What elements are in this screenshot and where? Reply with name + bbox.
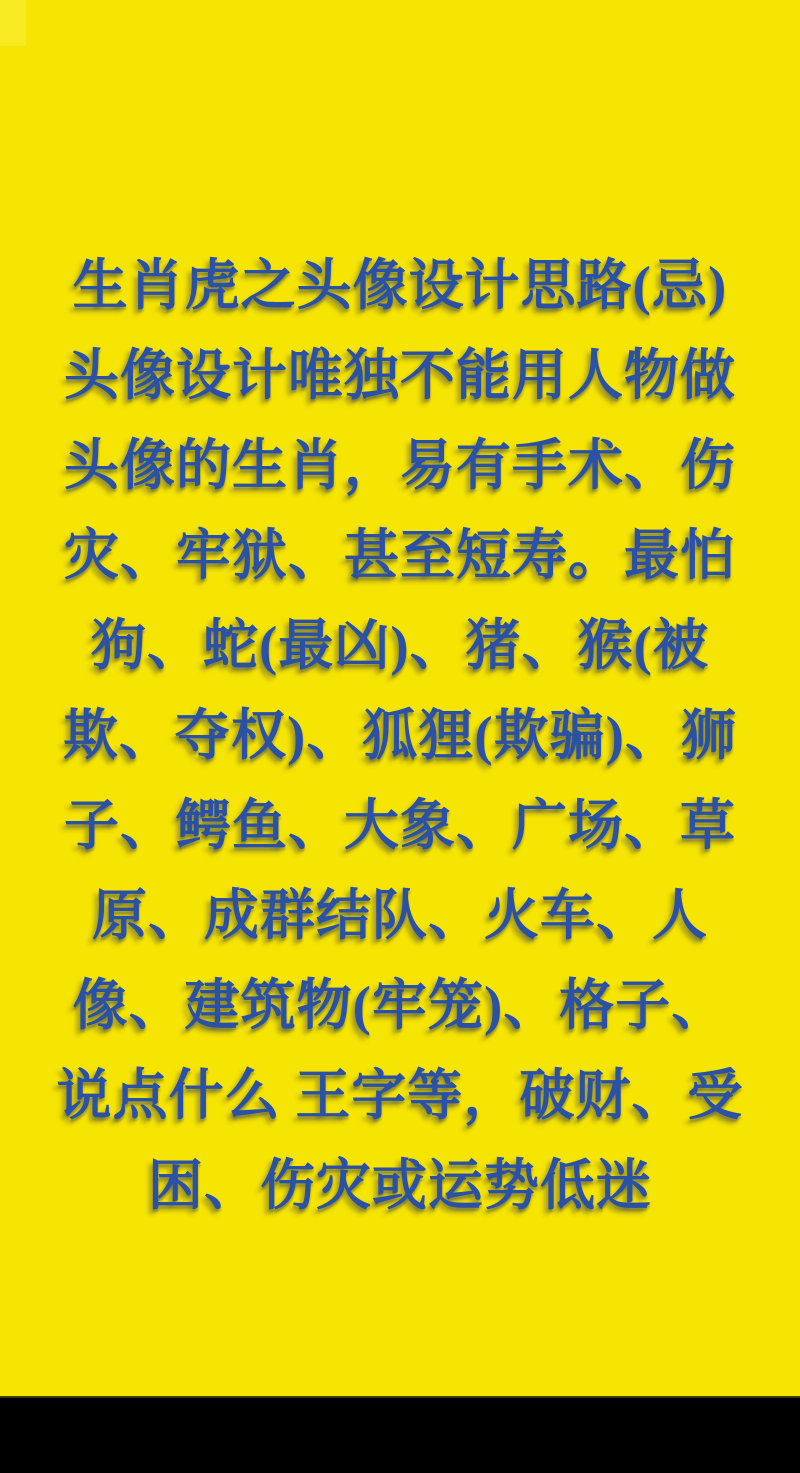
poster-text-line-9: 像、建筑物(牢笼)、格子、 [30,961,770,1051]
poster-text-line-4: 灾、牢狱、甚至短寿。最怕 [30,511,770,601]
poster-text-line-3: 头像的生肖，易有手术、伤 [30,421,770,511]
poster-text-line-10: 说点什么 王字等，破财、受 [30,1051,770,1141]
bottom-letterbox-bar [0,1396,800,1473]
poster-text-line-11: 困、伤灾或运势低迷 [30,1141,770,1231]
poster-text-line-8: 原、成群结队、火车、人 [30,871,770,961]
poster-text-line-5: 狗、蛇(最凶)、猪、猴(被 [30,601,770,691]
corner-light-artifact [0,0,26,46]
poster-canvas: 生肖虎之头像设计思路(忌) 头像设计唯独不能用人物做 头像的生肖，易有手术、伤 … [0,0,800,1473]
poster-text-block: 生肖虎之头像设计思路(忌) 头像设计唯独不能用人物做 头像的生肖，易有手术、伤 … [30,241,770,1231]
poster-text-line-6: 欺、夺权)、狐狸(欺骗)、狮 [30,691,770,781]
poster-text-line-7: 子、鳄鱼、大象、广场、草 [30,781,770,871]
poster-title-line: 生肖虎之头像设计思路(忌) [30,241,770,331]
poster-text-line-2: 头像设计唯独不能用人物做 [30,331,770,421]
